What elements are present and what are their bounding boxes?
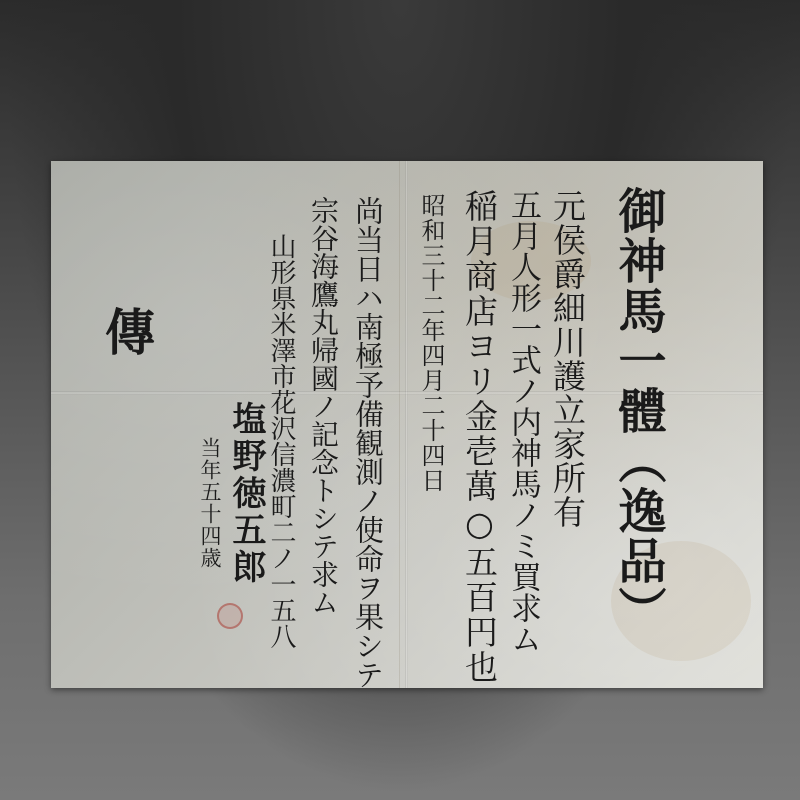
text-column-6: 宗谷海鷹丸帰國ノ記念トシテ求ム: [309, 196, 337, 616]
address-column: 山形県米澤市花沢信濃町二ノ一五八: [268, 233, 294, 649]
age-note: 当年五十四歳: [199, 437, 220, 569]
fold-line-vertical-2: [399, 161, 400, 688]
document-paper: 御神馬一體（逸品） 元侯爵細川護立家所有 五月人形一式ノ内神馬ノミ買求ム 稲月商…: [51, 161, 763, 688]
date-column: 昭和三十二年四月二十四日: [419, 193, 443, 493]
fold-line-vertical: [405, 161, 408, 688]
text-column-5: 尚当日ハ南極予備観測ノ使命ヲ果シテ: [353, 196, 382, 689]
document-title: 御神馬一體（逸品）: [614, 186, 662, 636]
signature-name: 塩野徳五郎: [229, 401, 263, 586]
text-column-1: 元侯爵細川護立家所有: [551, 189, 584, 529]
text-column-2: 五月人形一式ノ内神馬ノミ買求ム: [507, 189, 538, 654]
left-label: 傳: [101, 306, 151, 356]
red-seal-icon: [217, 603, 243, 629]
text-column-3: 稲月商店ヨリ金壱萬○五百円也: [463, 189, 496, 685]
